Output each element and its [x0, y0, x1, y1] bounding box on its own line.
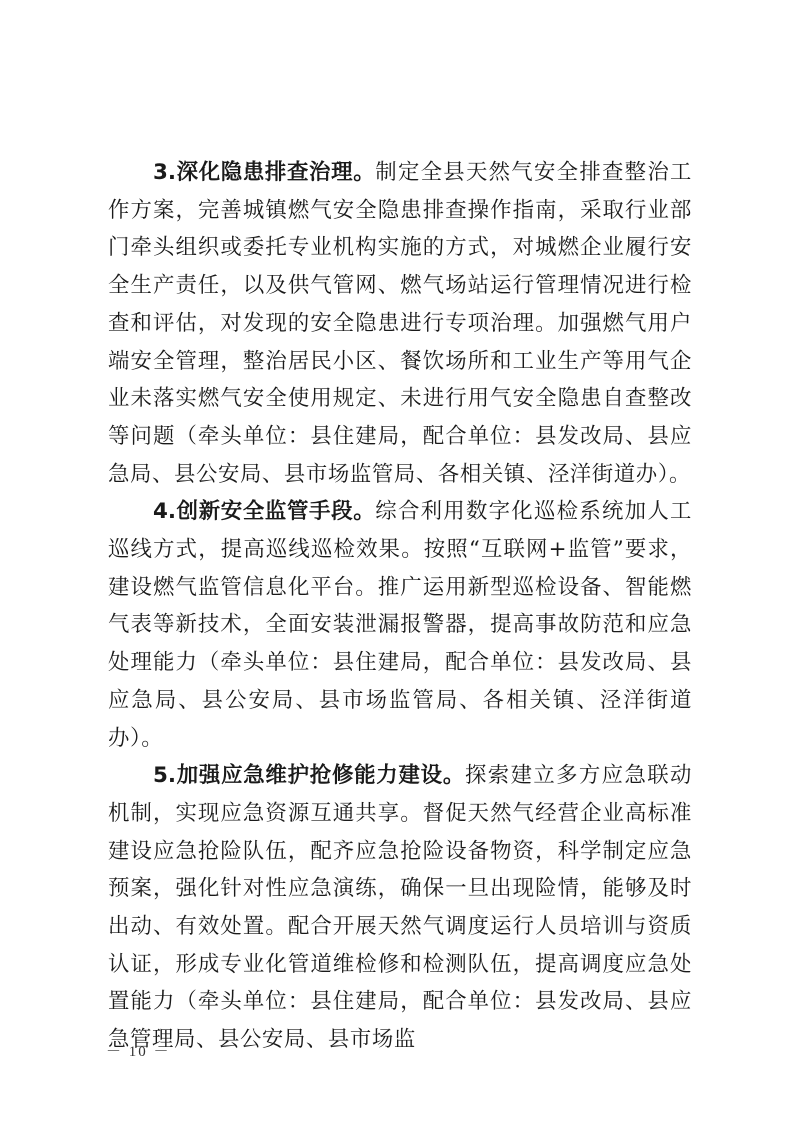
paragraph-heading: 5.加强应急维护抢修能力建设。: [153, 763, 465, 788]
paragraph-text: 探索建立多方应急联动机制，实现应急资源互通共享。督促天然气经营企业高标准建设应急…: [108, 763, 692, 1052]
paragraph-text: 制定全县天然气安全排查整治工作方案，完善城镇燃气安全隐患排查操作指南，采取行业部…: [108, 160, 692, 487]
document-body: 3.深化隐患排查治理。制定全县天然气安全排查整治工作方案，完善城镇燃气安全隐患排…: [108, 154, 692, 1059]
paragraph-text: 综合利用数字化巡检系统加人工巡线方式，提高巡线巡检效果。按照“互联网+监管”要求…: [108, 499, 692, 750]
paragraph-item-3: 3.深化隐患排查治理。制定全县天然气安全排查整治工作方案，完善城镇燃气安全隐患排…: [108, 154, 692, 493]
document-page: 3.深化隐患排查治理。制定全县天然气安全排查整治工作方案，完善城镇燃气安全隐患排…: [0, 0, 793, 1122]
page-number: － 10 －: [106, 1040, 171, 1061]
paragraph-item-5: 5.加强应急维护抢修能力建设。探索建立多方应急联动机制，实现应急资源互通共享。督…: [108, 757, 692, 1059]
paragraph-heading: 4.创新安全监管手段。: [153, 499, 375, 524]
paragraph-item-4: 4.创新安全监管手段。综合利用数字化巡检系统加人工巡线方式，提高巡线巡检效果。按…: [108, 493, 692, 757]
paragraph-heading: 3.深化隐患排查治理。: [153, 160, 375, 185]
